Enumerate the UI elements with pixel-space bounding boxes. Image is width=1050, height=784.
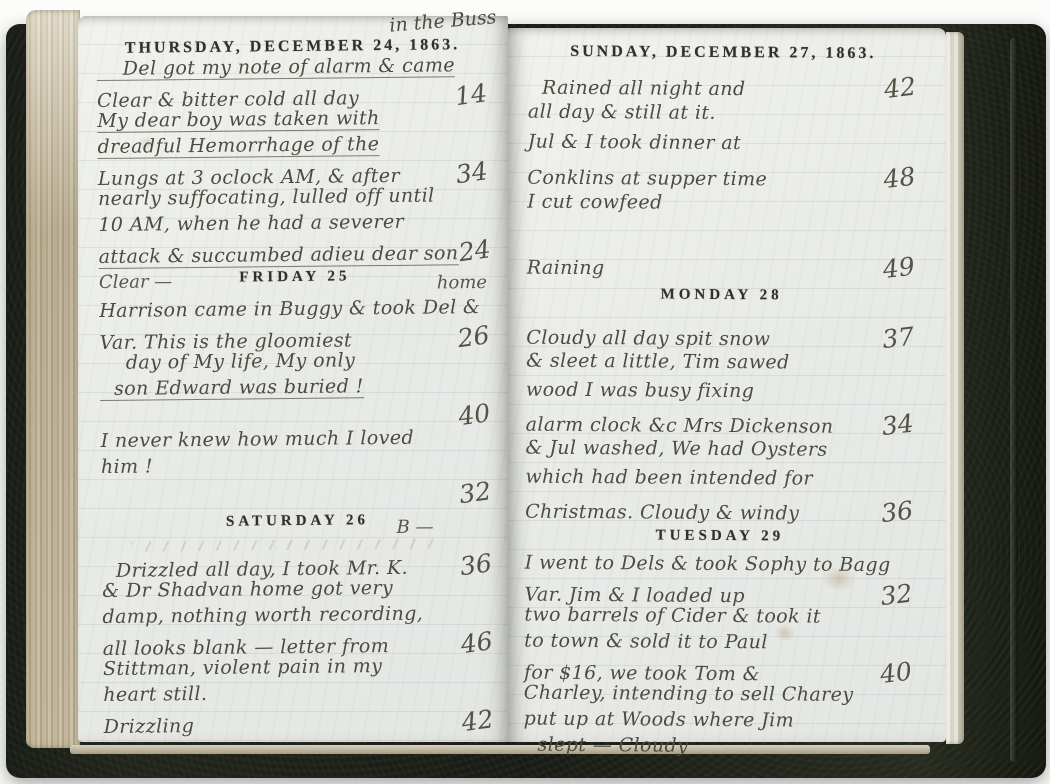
line-text: day of My life, My only [100,349,356,374]
diary-line: Drizzling42 [103,706,495,736]
line-text: Del got my note of alarm & came [97,54,455,81]
day-header-row: MONDAY 28 [526,285,916,318]
diary-line: Del got my note of alarm & came [97,54,489,84]
printed-day-header: FRIDAY 25 [239,268,350,285]
diary-line: attack & succumbed adieu dear son24 [99,236,491,266]
diary-line: 32 [101,478,493,508]
day-header-row: SATURDAY 26 B — [101,510,493,542]
line-text: alarm clock &c Mrs Dickenson [526,414,834,438]
line-text: Cloudy all day spit snow [526,327,770,351]
weather-note: Clear — [99,271,172,293]
diary-line [527,221,917,254]
cover-spine-rim [1010,38,1018,762]
diary-line: Jul & I took dinner at [528,131,918,164]
diary-line: Cloudy all day spit snow37 [526,321,916,353]
line-text: heart still. [103,683,207,706]
diary-line: & Jul washed, We had Oysters [525,437,915,469]
temperature-note: 42 [883,71,920,104]
diary-line: My dear boy was taken with [97,106,489,136]
printed-day-header: SATURDAY 26 [226,512,369,529]
margin-note: home [437,272,487,294]
diary-line: I cut cowfeed [527,191,917,224]
temperature-note: 34 [880,408,917,441]
line-text: son Edward was buried ! [100,375,364,401]
line-text: attack & succumbed adieu dear son [99,242,459,269]
diary-line: slept — Cloudy [523,734,913,763]
diary-line: I went to Dels & took Sophy to Bagg [525,552,915,581]
diary-line: all day & still at it. [528,101,918,134]
line-text: & Dr Shadvan home got very [102,577,393,602]
temperature-note: 32 [458,476,495,509]
day-header-row: Clear — FRIDAY 25 home [99,266,491,300]
corner-annotation: in the Buss [388,6,497,37]
diary-line: Harrison came in Buggy & took Del & [99,296,491,326]
line-text: put up at Woods where Jim [524,708,795,732]
line-text: I cut cowfeed [527,191,662,214]
diary-line: Var. This is the gloomiest26 [99,322,491,352]
diary-line: Var. Jim & I loaded up32 [524,578,914,607]
line-text: Raining [527,257,605,280]
line-text: Charley, intending to sell Charey [524,682,854,706]
diary-line: Lungs at 3 oclock AM, & after34 [98,158,490,188]
diary-page-left: in the Buss THURSDAY, DECEMBER 24, 1863.… [78,16,508,742]
temperature-note: 37 [881,321,918,354]
diary-line: all looks blank — letter from46 [103,628,495,658]
line-text: Conklins at supper time [527,167,767,191]
pen-scratches [132,539,434,552]
diary-line: to town & sold it to Paul [524,630,914,659]
diary-line: alarm clock &c Mrs Dickenson34 [526,408,916,440]
diary-line: Clear & bitter cold all day14 [97,80,489,110]
printed-date-header: THURSDAY, DECEMBER 24, 1863. [125,36,460,57]
line-text: nearly suffocating, lulled off until [98,185,435,211]
line-text: him ! [101,455,153,478]
diary-line: damp, nothing worth recording, [102,602,494,632]
diary-line: I never knew how much I loved [101,426,493,456]
diary-line: for $16, we took Tom &40 [524,656,914,685]
diary-line: Charley, intending to sell Charey [524,682,914,711]
line-text: & sleet a little, Tim sawed [526,350,790,374]
diary-line: day of My life, My only [100,348,492,378]
diary-page-right: SUNDAY, DECEMBER 27, 1863. Rained all ni… [508,28,946,742]
temperature-note: 24 [457,234,494,267]
day-header-row: TUESDAY 29 [525,526,915,555]
diary-line: Raining49 [527,251,917,284]
line-text: Jul & I took dinner at [528,131,742,154]
line-text: My dear boy was taken with [97,107,380,133]
margin-note: B — [396,517,433,538]
line-text: slept — Cloudy [523,734,688,757]
line-text: 10 AM, when he had a severer [98,211,404,236]
line-text: Stittman, violent pain in my [103,655,383,680]
line-text: all day & still at it. [528,101,716,124]
diary-line: dreadful Hemorrhage of the [97,132,489,162]
line-text: Drizzling [104,715,195,738]
line-text: to town & sold it to Paul [524,630,768,654]
line-text: wood I was busy fixing [526,379,754,403]
diary-line: heart still. [103,680,495,710]
line-text: I never knew how much I loved [101,427,415,452]
diary-line: son Edward was buried ! [100,374,492,404]
line-text: dreadful Hemorrhage of the [97,133,379,159]
diary-line: him ! [101,452,493,482]
page-edge-right [946,32,964,744]
date-header-row: SUNDAY, DECEMBER 27, 1863. [528,43,918,64]
diary-line: & Dr Shadvan home got very [102,576,494,606]
diary-line: which had been intended for [525,466,915,498]
diary-line: Drizzled all day, I took Mr. K.36 [102,550,494,580]
printed-date-header: SUNDAY, DECEMBER 27, 1863. [570,43,876,62]
line-text: damp, nothing worth recording, [102,603,423,628]
temperature-note: 36 [880,495,917,528]
line-text: & Jul washed, We had Oysters [525,437,827,461]
line-text: I went to Dels & took Sophy to Bagg [525,552,891,577]
diary-line: & sleet a little, Tim sawed [526,350,916,382]
line-text: which had been intended for [525,466,813,490]
diary-line: put up at Woods where Jim [524,708,914,737]
printed-day-header: TUESDAY 29 [656,528,785,545]
diary-line: two barrels of Cider & took it [524,604,914,633]
diary-line: 40 [100,400,492,430]
diary-line: Stittman, violent pain in my [103,654,495,684]
diary-line: wood I was busy fixing [526,379,916,411]
printed-day-header: MONDAY 28 [661,287,783,304]
line-text: two barrels of Cider & took it [524,604,821,628]
diary-line: Conklins at supper time48 [527,161,917,194]
line-text: Rained all night and [528,77,746,101]
diary-line: Christmas. Cloudy & windy36 [525,495,915,527]
temperature-note: 48 [882,161,919,194]
diary-line: nearly suffocating, lulled off until [98,184,490,214]
line-text: Christmas. Cloudy & windy [525,501,799,525]
diary-line: Rained all night and42 [528,71,918,104]
temperature-note: 42 [460,704,497,737]
page-edges-left [26,10,80,748]
line-text: Harrison came in Buggy & took Del & [99,296,480,322]
diary-line: 10 AM, when he had a severer [98,210,490,240]
temperature-note: 49 [881,251,918,284]
